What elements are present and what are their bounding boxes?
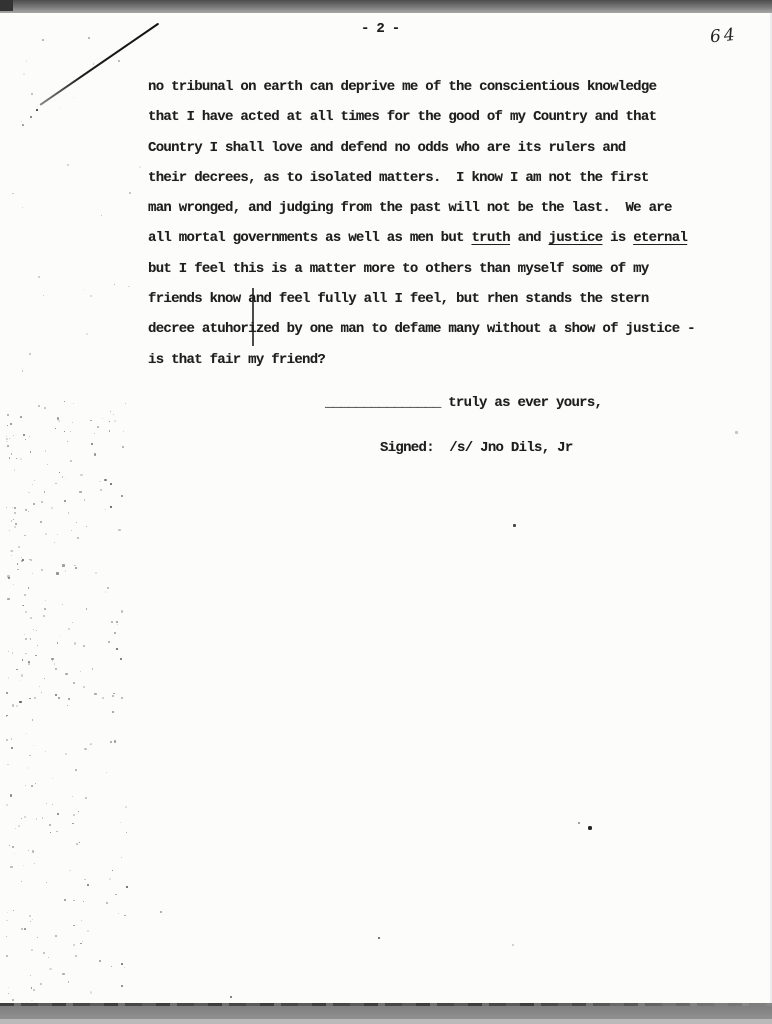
- noise-speck: [121, 495, 122, 496]
- noise-speck: [6, 739, 8, 741]
- noise-speck: [73, 925, 74, 926]
- noise-speck: [16, 458, 17, 459]
- noise-speck: [72, 823, 73, 824]
- noise-speck: [68, 698, 70, 700]
- noise-speck: [52, 778, 53, 779]
- noise-speck: [378, 937, 380, 939]
- noise-speck: [93, 63, 95, 65]
- noise-speck: [6, 936, 7, 937]
- noise-speck: [110, 741, 112, 743]
- letter-text: no tribunal on earth can deprive me of t…: [148, 79, 656, 95]
- noise-speck: [113, 414, 114, 415]
- noise-speck: [26, 733, 28, 735]
- noise-speck: [78, 811, 80, 813]
- letter-body: no tribunal on earth can deprive me of t…: [148, 72, 748, 375]
- noise-speck: [94, 433, 95, 434]
- noise-speck: [118, 529, 120, 531]
- noise-speck: [110, 483, 112, 485]
- noise-speck: [83, 645, 85, 647]
- noise-speck: [109, 421, 110, 422]
- noise-speck: [45, 533, 47, 535]
- noise-speck: [24, 535, 26, 537]
- noise-speck: [32, 484, 33, 485]
- noise-speck: [7, 445, 9, 447]
- noise-speck: [40, 521, 42, 523]
- noise-speck: [109, 430, 111, 432]
- noise-speck: [29, 559, 30, 560]
- noise-speck: [43, 952, 44, 953]
- noise-speck: [30, 559, 32, 561]
- noise-speck: [122, 446, 124, 448]
- noise-speck: [62, 564, 64, 566]
- noise-speck: [9, 457, 11, 459]
- noise-speck: [23, 73, 25, 75]
- letter-text: but I feel this is a matter more to othe…: [148, 261, 649, 277]
- noise-speck: [86, 608, 88, 610]
- noise-speck: [13, 519, 14, 520]
- noise-speck: [126, 832, 127, 833]
- letter-line: their decrees, as to isolated matters. I…: [148, 163, 748, 193]
- scan-diagonal-line-artifact: [39, 23, 159, 106]
- noise-speck: [70, 460, 72, 462]
- noise-speck: [52, 660, 54, 662]
- noise-speck: [111, 621, 113, 623]
- noise-speck: [9, 530, 10, 531]
- noise-speck: [34, 863, 35, 864]
- noise-speck: [32, 919, 33, 920]
- noise-speck: [6, 716, 7, 717]
- noise-speck: [51, 507, 53, 509]
- noise-speck: [31, 785, 33, 787]
- noise-speck: [49, 968, 51, 970]
- noise-speck: [73, 944, 74, 945]
- noise-speck: [12, 704, 14, 706]
- noise-speck: [29, 353, 31, 355]
- noise-speck: [83, 901, 84, 902]
- noise-speck: [102, 697, 103, 698]
- noise-speck: [588, 826, 592, 830]
- noise-speck: [6, 955, 8, 957]
- noise-speck: [39, 686, 40, 687]
- noise-speck: [42, 39, 44, 41]
- noise-speck: [82, 941, 83, 942]
- noise-speck: [11, 453, 13, 455]
- noise-speck: [6, 715, 7, 716]
- noise-speck: [57, 813, 59, 815]
- noise-speck: [25, 439, 26, 440]
- noise-speck: [90, 743, 92, 745]
- noise-speck: [84, 879, 86, 881]
- letter-line: is that fair my friend?: [148, 345, 748, 375]
- noise-speck: [110, 506, 112, 508]
- noise-speck: [87, 884, 88, 885]
- underlined-word: eternal: [633, 230, 687, 246]
- noise-speck: [68, 628, 70, 630]
- noise-speck: [20, 458, 22, 460]
- noise-speck: [106, 902, 108, 904]
- noise-speck: [21, 121, 22, 122]
- noise-speck: [7, 912, 8, 913]
- noise-speck: [121, 610, 123, 612]
- noise-speck: [67, 164, 69, 166]
- noise-speck: [125, 806, 127, 808]
- noise-speck: [34, 480, 35, 481]
- signature-line: Signed: /s/ Jno Dils, Jr: [380, 437, 573, 459]
- noise-speck: [33, 629, 34, 630]
- noise-speck: [65, 478, 66, 479]
- noise-speck: [46, 803, 47, 804]
- noise-speck: [77, 537, 79, 539]
- noise-speck: [23, 605, 24, 606]
- noise-speck: [45, 450, 47, 452]
- letter-text: their decrees, as to isolated matters. I…: [148, 170, 649, 186]
- noise-speck: [11, 747, 13, 749]
- noise-speck: [29, 755, 31, 757]
- noise-speck: [102, 418, 104, 420]
- noise-speck: [44, 678, 45, 679]
- noise-speck: [30, 617, 32, 619]
- noise-speck: [43, 615, 45, 617]
- scanner-bar-top-corner: [0, 0, 13, 11]
- noise-speck: [73, 814, 75, 816]
- noise-speck: [50, 832, 51, 833]
- noise-speck: [32, 850, 34, 852]
- noise-speck: [37, 937, 38, 938]
- noise-speck: [22, 207, 23, 208]
- noise-speck: [22, 605, 23, 606]
- noise-speck: [7, 414, 9, 416]
- noise-speck: [230, 996, 232, 998]
- noise-speck: [55, 668, 57, 670]
- noise-speck: [28, 767, 30, 769]
- noise-speck: [38, 276, 40, 278]
- noise-speck: [67, 441, 68, 442]
- noise-speck: [72, 422, 73, 423]
- scanner-bar-top: [0, 0, 772, 13]
- noise-speck: [55, 935, 57, 937]
- noise-speck: [126, 886, 128, 888]
- noise-speck: [121, 857, 122, 858]
- noise-speck: [6, 438, 7, 439]
- noise-speck: [21, 881, 22, 882]
- noise-speck: [18, 546, 20, 548]
- noise-speck: [112, 870, 113, 871]
- noise-speck: [124, 915, 125, 916]
- noise-speck: [55, 428, 56, 429]
- letter-line: Country I shall love and defend no odds …: [148, 133, 748, 163]
- noise-speck: [24, 928, 26, 930]
- noise-speck: [35, 783, 36, 784]
- noise-speck: [6, 920, 8, 922]
- noise-speck: [90, 420, 92, 422]
- noise-speck: [10, 550, 12, 552]
- noise-speck: [28, 850, 29, 851]
- noise-speck: [32, 573, 33, 574]
- noise-speck: [12, 999, 14, 1001]
- noise-speck: [100, 489, 102, 491]
- noise-speck: [21, 928, 23, 930]
- noise-speck: [104, 479, 106, 481]
- noise-speck: [6, 441, 8, 443]
- noise-speck: [129, 192, 131, 194]
- noise-speck: [118, 913, 119, 914]
- noise-speck: [12, 193, 13, 194]
- noise-speck: [6, 436, 7, 437]
- noise-speck: [25, 509, 27, 511]
- letter-text: is: [602, 230, 633, 246]
- noise-speck: [69, 870, 71, 872]
- noise-speck: [114, 420, 116, 422]
- noise-speck: [65, 570, 67, 572]
- noise-speck: [62, 476, 64, 478]
- noise-speck: [84, 748, 86, 750]
- noise-speck: [114, 284, 115, 285]
- noise-speck: [24, 634, 25, 635]
- noise-speck: [32, 719, 34, 721]
- noise-speck: [160, 911, 162, 913]
- noise-speck: [94, 693, 96, 695]
- noise-speck: [115, 894, 116, 895]
- letter-line: that I have acted at all times for the g…: [148, 102, 748, 132]
- noise-speck: [44, 491, 45, 492]
- noise-speck: [95, 572, 97, 574]
- noise-speck: [86, 333, 88, 335]
- noise-speck: [512, 944, 514, 946]
- noise-speck: [41, 569, 43, 571]
- noise-speck: [513, 524, 516, 527]
- letter-text: is that fair my friend?: [148, 352, 325, 368]
- noise-speck: [83, 686, 85, 688]
- noise-speck: [52, 804, 53, 805]
- noise-speck: [24, 594, 26, 596]
- noise-speck: [49, 824, 51, 826]
- page-number: - 2 -: [361, 21, 400, 37]
- noise-speck: [75, 955, 77, 957]
- noise-speck: [46, 882, 47, 883]
- noise-speck: [43, 295, 44, 296]
- noise-speck: [21, 818, 22, 819]
- noise-speck: [111, 966, 112, 967]
- noise-speck: [68, 981, 70, 983]
- noise-speck: [73, 97, 74, 98]
- noise-speck: [64, 899, 66, 901]
- noise-speck: [57, 534, 58, 535]
- noise-speck: [26, 60, 27, 61]
- noise-speck: [20, 680, 21, 681]
- letter-line: decree atuhorized by one man to defame m…: [148, 314, 748, 344]
- noise-speck: [10, 423, 12, 425]
- noise-speck: [62, 604, 63, 605]
- noise-speck: [11, 520, 13, 522]
- noise-speck: [48, 957, 49, 958]
- noise-speck: [36, 818, 38, 820]
- noise-speck: [8, 987, 10, 989]
- noise-speck: [56, 831, 58, 833]
- scanned-letter-page: - 2 - 64 no tribunal on earth can depriv…: [0, 0, 772, 1024]
- noise-speck: [29, 915, 31, 917]
- noise-speck: [7, 575, 9, 577]
- noise-speck: [6, 804, 8, 806]
- noise-speck: [106, 772, 107, 773]
- noise-speck: [13, 910, 15, 912]
- noise-speck: [45, 600, 47, 602]
- noise-speck: [114, 740, 116, 742]
- letter-text: and: [510, 230, 549, 246]
- noise-speck: [18, 825, 20, 827]
- noise-speck: [30, 116, 32, 118]
- noise-speck: [64, 500, 66, 502]
- noise-speck: [62, 973, 64, 975]
- noise-speck: [14, 507, 16, 509]
- noise-speck: [97, 426, 99, 428]
- noise-speck: [16, 669, 17, 670]
- noise-speck: [41, 692, 42, 693]
- letter-text: that I have acted at all times for the g…: [148, 109, 656, 125]
- noise-speck: [80, 943, 81, 944]
- noise-speck: [80, 474, 82, 476]
- noise-speck: [118, 60, 120, 62]
- noise-speck: [94, 453, 96, 455]
- letter-text: man wronged, and judging from the past w…: [148, 200, 672, 216]
- noise-speck: [8, 993, 9, 994]
- noise-speck: [16, 705, 18, 707]
- noise-speck: [72, 796, 73, 797]
- noise-speck: [79, 842, 80, 843]
- noise-speck: [25, 611, 27, 613]
- noise-speck: [9, 438, 10, 439]
- noise-speck: [109, 878, 111, 880]
- noise-speck: [20, 416, 22, 418]
- noise-speck: [124, 967, 125, 968]
- noise-speck: [17, 563, 18, 564]
- noise-speck: [58, 420, 60, 422]
- noise-speck: [17, 569, 19, 571]
- noise-speck: [25, 638, 27, 640]
- noise-speck: [31, 949, 33, 951]
- noise-speck: [7, 764, 9, 766]
- noise-speck: [28, 587, 30, 589]
- noise-speck: [79, 491, 81, 493]
- noise-speck: [33, 503, 35, 505]
- noise-speck: [128, 286, 130, 288]
- noise-speck: [30, 921, 31, 922]
- noise-speck: [59, 472, 60, 473]
- noise-speck: [12, 846, 14, 848]
- noise-speck: [73, 682, 75, 684]
- noise-speck: [116, 621, 118, 623]
- noise-speck: [25, 653, 27, 655]
- noise-speck: [84, 499, 85, 500]
- noise-speck: [75, 769, 77, 771]
- noise-speck: [58, 697, 60, 699]
- noise-speck: [108, 641, 110, 643]
- noise-speck: [125, 403, 126, 404]
- noise-speck: [15, 523, 17, 525]
- noise-speck: [22, 124, 24, 126]
- noise-speck: [117, 624, 118, 625]
- scanner-bar-bottom: [0, 1006, 772, 1019]
- noise-speck: [76, 522, 77, 523]
- noise-speck: [13, 435, 14, 436]
- letter-line: all mortal governments as well as men bu…: [148, 223, 748, 253]
- noise-speck: [14, 469, 16, 471]
- noise-speck: [101, 215, 102, 216]
- noise-speck: [25, 785, 26, 786]
- noise-speck: [86, 526, 87, 527]
- noise-speck: [54, 542, 56, 544]
- noise-speck: [57, 417, 59, 419]
- noise-speck: [38, 405, 40, 407]
- noise-speck: [45, 751, 46, 752]
- noise-speck: [74, 565, 75, 566]
- noise-speck: [74, 642, 76, 644]
- noise-speck: [40, 983, 42, 985]
- noise-speck: [99, 960, 101, 962]
- noise-speck: [19, 701, 21, 703]
- noise-speck: [123, 431, 124, 432]
- noise-speck: [47, 464, 48, 465]
- noise-speck: [51, 658, 53, 660]
- noise-speck: [36, 109, 38, 111]
- noise-speck: [23, 865, 24, 866]
- noise-speck: [55, 483, 57, 485]
- noise-speck: [56, 572, 58, 574]
- noise-speck: [29, 698, 31, 700]
- underlined-word: justice: [549, 230, 603, 246]
- noise-speck: [84, 289, 85, 290]
- noise-speck: [15, 828, 16, 829]
- noise-speck: [33, 745, 34, 746]
- noise-speck: [22, 559, 24, 561]
- noise-speck: [112, 695, 114, 697]
- noise-speck: [11, 555, 12, 556]
- noise-speck: [65, 673, 67, 675]
- noise-speck: [7, 598, 9, 600]
- noise-speck: [34, 697, 36, 699]
- noise-speck: [37, 645, 38, 646]
- noise-speck: [81, 920, 82, 921]
- noise-speck: [8, 677, 10, 679]
- noise-speck: [33, 989, 35, 991]
- letter-text: friends know and feel fully all I feel, …: [148, 291, 649, 307]
- noise-speck: [59, 107, 60, 108]
- noise-speck: [65, 753, 67, 755]
- noise-speck: [41, 501, 43, 503]
- letter-text: decree atuhorized by one man to defame m…: [148, 321, 695, 337]
- noise-speck: [30, 451, 32, 453]
- noise-speck: [11, 550, 12, 551]
- noise-speck: [88, 37, 90, 39]
- noise-speck: [24, 816, 26, 818]
- closing-line: _______________ truly as ever yours,: [325, 392, 602, 414]
- noise-speck: [114, 632, 116, 634]
- noise-speck: [121, 985, 123, 987]
- noise-speck: [73, 403, 74, 404]
- noise-speck: [6, 692, 8, 694]
- underlined-word: truth: [471, 230, 510, 246]
- noise-speck: [105, 591, 106, 592]
- noise-speck: [107, 587, 109, 589]
- noise-speck: [116, 648, 118, 650]
- noise-speck: [12, 507, 13, 508]
- noise-speck: [11, 738, 12, 739]
- noise-speck: [85, 797, 87, 799]
- noise-speck: [22, 659, 24, 661]
- letter-line: no tribunal on earth can deprive me of t…: [148, 72, 748, 102]
- noise-speck: [10, 794, 12, 796]
- letter-text: Country I shall love and defend no odds …: [148, 140, 626, 156]
- noise-speck: [110, 411, 111, 412]
